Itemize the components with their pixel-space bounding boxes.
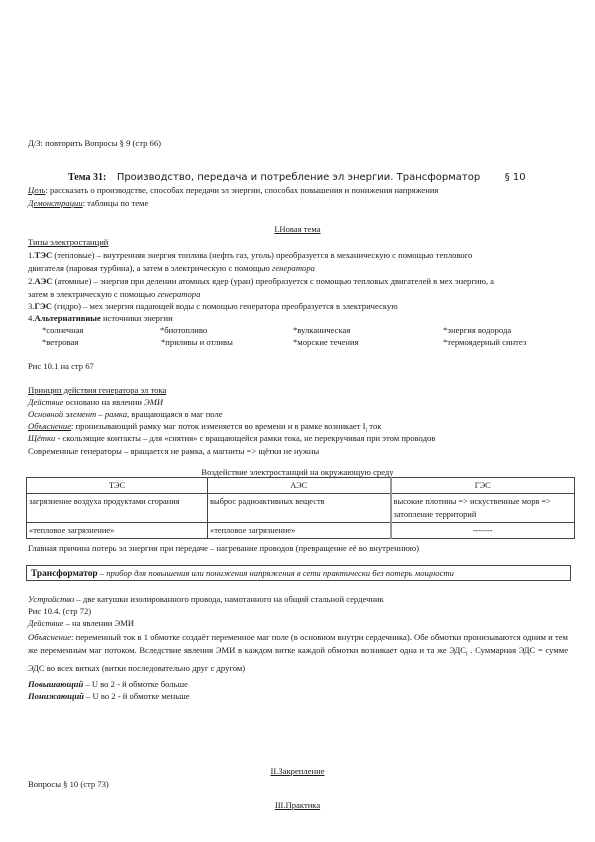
- transformer-action-label: Действие: [28, 618, 63, 628]
- table-cell: «тепловое загрязнение»: [27, 523, 208, 539]
- ges-name: ГЭС: [34, 301, 52, 311]
- table-header: ГЭС: [391, 478, 575, 494]
- alt-item: *солнечная: [42, 325, 83, 335]
- topic-title-line: Тема 31: Производство, передача и потреб…: [68, 172, 526, 183]
- generator-action-label: Действие: [28, 397, 63, 407]
- alt-item: *термоядерный синтез: [443, 337, 526, 347]
- step-down-line: Понижающий – U во 2 - й обмотке меньше: [28, 691, 190, 701]
- step-up-label: Повышающий: [28, 679, 83, 689]
- fig-ref-10-1: Рис 10.1 на стр 67: [28, 361, 94, 371]
- generator-action-line: Действие основано на явлении ЭМИ: [28, 397, 163, 407]
- generator-brushes-label: Щётки: [28, 433, 55, 443]
- generator-element-line: Основной элемент – рамка, вращающаяся в …: [28, 409, 223, 419]
- generator-explain-label: Объяснение: [28, 421, 71, 431]
- generator-action-text: основано на явлении: [63, 397, 144, 407]
- goal-line: Цель: рассказать о производстве, способа…: [28, 185, 438, 195]
- transformer-dash: –: [98, 568, 107, 578]
- table-cell: -------: [391, 523, 575, 539]
- generator-element-label: Основной элемент – рамка: [28, 409, 127, 419]
- table-cell: загрязнение воздуха продуктами сгорания: [27, 494, 208, 523]
- homework-line: Д/З: повторить Вопросы § 9 (стр 66): [28, 138, 161, 148]
- table-header-row: ТЭС АЭС ГЭС: [27, 478, 575, 494]
- alt-text: источники энергии: [101, 313, 173, 323]
- transformer-explain-paragraph: Объяснение: переменный ток в 1 обмотке с…: [28, 631, 568, 675]
- transformer-definition: прибор для повышения или понижения напря…: [106, 568, 454, 578]
- table-header: ТЭС: [27, 478, 208, 494]
- table-cell: выброс радиоактивных веществ: [208, 494, 391, 523]
- topic-label: Тема 31:: [68, 172, 106, 183]
- ges-text: (гидро) – мех энергия падающей воды с по…: [52, 301, 398, 311]
- step-down-label: Понижающий: [28, 691, 84, 701]
- step-up-line: Повышающий – U во 2 - й обмотке больше: [28, 679, 188, 689]
- demos-text: : таблицы по теме: [83, 198, 149, 208]
- alt-line: 4.Альтернативные источники энергии: [28, 313, 173, 323]
- generator-explain-text: : пронизывающий рамку маг поток изменяет…: [71, 421, 365, 431]
- transformer-term: Трансформатор: [31, 569, 98, 579]
- table-cell: высокие плотины => искуственные моря => …: [391, 494, 575, 523]
- generator-brushes-text: - скользящие контакты – для «снятия» с в…: [55, 433, 435, 443]
- fig-ref-10-4: Рис 10.4. (стр 72): [28, 606, 91, 616]
- tes-text-2: двигателя (паровая турбина), а затем в э…: [28, 263, 272, 273]
- aes-text-2: затем в электрическую с помощью: [28, 289, 157, 299]
- goal-label: Цель: [28, 185, 45, 195]
- aes-name: АЭС: [34, 276, 52, 286]
- alt-name: Альтернативные: [34, 313, 100, 323]
- station-types-heading: Типы электростанций: [28, 237, 108, 247]
- alt-item: *приливы и отливы: [161, 337, 233, 347]
- section-2-heading: II.Закрепление: [0, 766, 595, 776]
- aes-italic: генератора: [157, 289, 200, 299]
- device-line: Устройство – две катушки изолированного …: [28, 594, 384, 604]
- table-row: «тепловое загрязнение» «тепловое загрязн…: [27, 523, 575, 539]
- goal-text: : рассказать о производстве, способах пе…: [45, 185, 438, 195]
- transformer-explain-label: Объяснение: [28, 632, 71, 642]
- section-1-heading: I.Новая тема: [0, 224, 595, 234]
- generator-heading: Принцип действия генератора эл тока: [28, 385, 166, 395]
- alt-item: *энергия водорода: [443, 325, 511, 335]
- step-up-text: – U во 2 - й обмотке больше: [83, 679, 188, 689]
- transformer-definition-box: Трансформатор – прибор для повышения или…: [26, 565, 571, 581]
- alt-item: *морские течения: [293, 337, 359, 347]
- generator-explain-tail: ток: [367, 421, 381, 431]
- transformer-action-line: Действие – на явлении ЭМИ: [28, 618, 134, 628]
- section-2-text: Вопросы § 10 (стр 73): [28, 779, 109, 789]
- generator-brushes-line: Щётки - скользящие контакты – для «сняти…: [28, 433, 435, 443]
- env-table-caption: Воздействие электростанций на окружающую…: [0, 467, 595, 477]
- generator-element-text: , вращающаяся в маг поле: [127, 409, 223, 419]
- env-impact-table: ТЭС АЭС ГЭС загрязнение воздуха продукта…: [26, 477, 575, 539]
- generator-explain-line: Объяснение: пронизывающий рамку маг пото…: [28, 421, 381, 434]
- topic-title: Производство, передача и потребление эл …: [117, 172, 480, 183]
- topic-paragraph: § 10: [505, 172, 526, 183]
- tes-name: ТЭС: [34, 250, 52, 260]
- demos-line: Демонстрации: таблицы по теме: [28, 198, 148, 208]
- table-row: загрязнение воздуха продуктами сгорания …: [27, 494, 575, 523]
- section-3-heading: III.Практика: [0, 800, 595, 810]
- device-text: – две катушки изолированного провода, на…: [74, 594, 384, 604]
- transformer-action-text: – на явлении ЭМИ: [63, 618, 134, 628]
- device-label: Устройство: [28, 594, 74, 604]
- aes-paragraph: 2.АЭС (атомные) – энергия при делении ат…: [28, 275, 568, 301]
- alt-item: *вулканическая: [293, 325, 350, 335]
- tes-text-1: (тепловые) – внутренняя энергия топлива …: [52, 250, 472, 260]
- tes-paragraph: 1.ТЭС (тепловые) – внутренняя энергия то…: [28, 249, 568, 275]
- table-cell: «тепловое загрязнение»: [208, 523, 391, 539]
- generator-modern-line: Современные генераторы – вращается не ра…: [28, 446, 319, 456]
- table-header: АЭС: [208, 478, 391, 494]
- loss-reason: Главная причина потерь эл энергии при пе…: [28, 543, 419, 553]
- demos-label: Демонстрации: [28, 198, 83, 208]
- alt-item: *ветровая: [42, 337, 78, 347]
- generator-action-italic: ЭМИ: [144, 397, 163, 407]
- aes-text-1: (атомные) – энергия при делении атомных …: [52, 276, 494, 286]
- alt-item: *биотопливо: [160, 325, 207, 335]
- step-down-text: – U во 2 - й обмотке меньше: [84, 691, 190, 701]
- ges-line: 3.ГЭС (гидро) – мех энергия падающей вод…: [28, 301, 398, 311]
- tes-italic: генератора: [272, 263, 315, 273]
